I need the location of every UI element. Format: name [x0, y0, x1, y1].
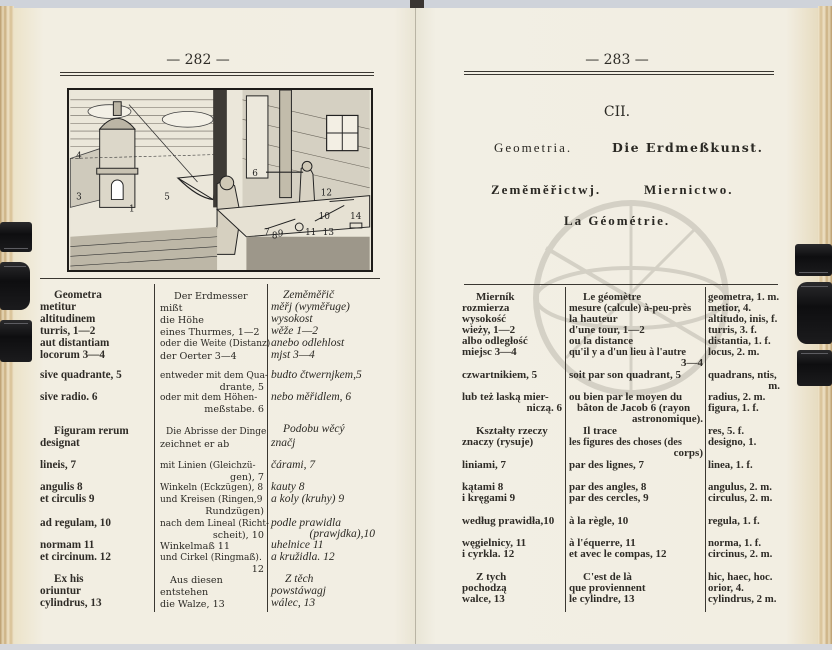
title-latin: Geometria. — [494, 140, 572, 156]
czech-entry: Podobu wěcý — [283, 424, 345, 436]
french-entry: par des lignes, 7 — [569, 460, 644, 472]
binder-clip-right-top — [795, 244, 832, 276]
binder-clip-left-middle — [0, 262, 30, 310]
left-page: — 282 — — [14, 8, 416, 644]
svg-text:11: 11 — [305, 228, 316, 238]
german-entry: zeichnet er ab — [160, 439, 229, 451]
french-entry: Le géomètre — [583, 292, 641, 304]
latin-entry: ad regulam, 10 — [40, 518, 111, 530]
column-divider — [154, 284, 155, 612]
scan-background-top — [0, 0, 832, 8]
german-entry: mit Linien (Gleichzü- — [160, 461, 256, 473]
latin-entry: et circinum. 12 — [40, 552, 111, 564]
french-entry: ou la distance — [569, 336, 633, 348]
latin-entry: sive radio. 6 — [40, 392, 98, 404]
german-entry: mißt — [160, 303, 182, 315]
french-entry: 3—4 — [681, 358, 703, 370]
latin-entry: et circulis 9 — [40, 494, 94, 506]
header-rule-right — [464, 71, 774, 75]
polish-entry: i kręgami 9 — [462, 493, 515, 505]
grammar-entry: linea, 1. f. — [708, 460, 753, 472]
french-entry: qu'il y a d'un lieu à l'autre — [569, 347, 686, 359]
column-divider — [267, 284, 268, 612]
german-entry: meßstabe. 6 — [204, 404, 264, 416]
french-entry: à la règle, 10 — [569, 516, 628, 528]
german-entry: und Kreisen (Ringen,9 — [160, 495, 262, 507]
latin-entry: Figuram rerum — [54, 426, 129, 438]
page-number-right: — 283 — — [416, 52, 818, 68]
polish-entry: walce, 13 — [462, 594, 505, 606]
table-top-rule-right — [464, 284, 778, 285]
latin-entry: lineis, 7 — [40, 460, 76, 472]
czech-entry: značj — [271, 438, 295, 450]
svg-text:14: 14 — [350, 212, 362, 222]
title-french: La Géométrie. — [564, 213, 670, 229]
czech-entry: wysokost — [271, 314, 313, 326]
german-entry: und Cirkel (Ringmaß). — [160, 553, 262, 565]
polish-entry: niczą. 6 — [527, 403, 562, 415]
binder-clip-left-top — [0, 222, 32, 252]
french-entry: le cylindre, 13 — [569, 594, 634, 606]
latin-entry: locorum 3—4 — [40, 350, 105, 362]
grammar-entry: designo, 1. — [708, 437, 756, 449]
latin-entry: turris, 1—2 — [40, 326, 95, 338]
column-divider — [565, 287, 566, 612]
grammar-entry: regula, 1. f. — [708, 516, 760, 528]
svg-text:8: 8 — [272, 232, 278, 242]
latin-entry: designat — [40, 438, 80, 450]
binder-clip-left-bottom — [0, 320, 32, 362]
chapter-number: CII. — [416, 104, 818, 120]
latin-entry: sive quadrante, 5 — [40, 370, 122, 382]
german-entry: eines Thurmes, 1—2 — [160, 327, 260, 339]
svg-text:10: 10 — [319, 212, 331, 222]
german-entry: Die Abrisse der Dinge — [166, 427, 266, 439]
header-rule-left — [60, 72, 374, 76]
page-number-left: — 282 — — [0, 52, 399, 68]
svg-text:6: 6 — [252, 169, 258, 179]
german-entry: entstehen — [160, 587, 208, 599]
scan-background-bottom — [0, 644, 832, 650]
french-entry: soit par son quadrant, 5 — [569, 370, 681, 382]
grammar-entry: circulus, 2. m. — [708, 493, 772, 505]
grammar-entry: locus, 2. m. — [708, 347, 759, 359]
polish-entry: liniami, 7 — [462, 460, 506, 472]
czech-entry: Zeměměřič — [283, 290, 334, 302]
czech-entry: a koly (kruhy) 9 — [271, 494, 344, 506]
table-top-rule-left — [40, 278, 380, 279]
polish-entry: według prawidła,10 — [462, 516, 554, 528]
title-czech: Zeměměřictwj. — [491, 182, 601, 198]
latin-entry: cylindrus, 13 — [40, 598, 102, 610]
german-entry: 12 — [252, 564, 264, 576]
title-german: Die Erdmeßkunst. — [612, 140, 763, 155]
binder-clip-right-bottom — [797, 350, 832, 386]
title-polish: Miernictwo. — [644, 182, 734, 198]
german-entry: drante, 5 — [220, 382, 264, 394]
czech-entry: wěže 1—2 — [271, 326, 318, 338]
open-book: — 282 — — [0, 0, 832, 650]
grammar-entry: figura, 1. f. — [708, 403, 759, 415]
german-entry: oder die Weite (Distanz) — [160, 339, 270, 351]
german-entry: die Höhe — [160, 315, 204, 327]
svg-text:13: 13 — [323, 228, 334, 238]
svg-text:5: 5 — [164, 193, 170, 203]
german-entry: scheit), 10 — [213, 530, 264, 542]
svg-text:1: 1 — [129, 204, 135, 214]
czech-entry: Z těch — [285, 574, 313, 586]
czech-entry: budto čtwernjkem,5 — [271, 370, 362, 382]
french-entry: les figures des choses (des — [569, 437, 682, 449]
right-page: — 283 — CII. Geometria. Die Erdmeßkunst.… — [416, 8, 818, 644]
german-entry: entweder mit dem Qua- — [160, 371, 268, 383]
latin-entry: metitur — [40, 302, 76, 314]
armillary-sphere-showthrough-icon — [506, 168, 756, 398]
german-entry: gen), 7 — [230, 472, 264, 484]
czech-entry: čárami, 7 — [271, 460, 315, 472]
grammar-entry: quadrans, ntis, — [708, 370, 777, 382]
polish-entry: znaczy (rysuje) — [462, 437, 533, 449]
latin-entry: aut distantiam — [40, 338, 109, 350]
latin-entry: Geometra — [54, 290, 102, 302]
binder-clip-right-middle — [797, 282, 832, 344]
french-entry: corps) — [674, 448, 703, 460]
latin-entry: normam 11 — [40, 540, 94, 552]
grammar-entry: m. — [768, 381, 780, 393]
svg-text:4: 4 — [76, 151, 82, 161]
german-entry: oder mit dem Höhen- — [160, 393, 257, 405]
german-entry: Winkeln (Eckzügen), 8 — [160, 483, 263, 495]
latin-entry: Ex his — [54, 574, 84, 586]
french-entry: Il trace — [583, 426, 617, 438]
grammar-entry: circinus, 2. m. — [708, 549, 772, 561]
column-divider — [705, 287, 706, 612]
german-entry: Der Erdmesser — [174, 291, 248, 303]
german-entry: Rundzügen) — [205, 506, 264, 518]
czech-entry: mjst 3—4 — [271, 350, 315, 362]
french-entry: astronomique). — [632, 414, 703, 426]
czech-entry: uhelnice 11 — [271, 540, 323, 552]
latin-entry: altitudinem — [40, 314, 95, 326]
german-entry: Aus diesen — [170, 575, 223, 587]
czech-entry: kauty 8 — [271, 482, 305, 494]
polish-entry: czwartnikiem, 5 — [462, 370, 537, 382]
czech-entry: nebo měřidlem, 6 — [271, 392, 351, 404]
german-entry: der Oerter 3—4 — [160, 351, 237, 363]
woodcut-illustration: 431 56 789 111012 1314 — [67, 88, 373, 272]
surveyor-engraving-icon: 431 56 789 111012 1314 — [69, 90, 371, 270]
svg-text:9: 9 — [278, 230, 284, 240]
svg-text:3: 3 — [76, 193, 82, 203]
czech-entry: a kružidla. 12 — [271, 552, 335, 564]
german-entry: Winkelmaß 11 — [160, 541, 230, 553]
latin-entry: angulis 8 — [40, 482, 83, 494]
french-entry: par des cercles, 9 — [569, 493, 649, 505]
grammar-entry: cylindrus, 2 m. — [708, 594, 776, 606]
svg-text:12: 12 — [321, 189, 332, 199]
czech-entry: powstáwagj — [271, 586, 326, 598]
polish-entry: i cyrkla. 12 — [462, 549, 514, 561]
french-entry: et avec le compas, 12 — [569, 549, 666, 561]
german-entry: die Walze, 13 — [160, 599, 225, 611]
latin-entry: oriuntur — [40, 586, 81, 598]
german-entry: nach dem Lineal (Richt- — [160, 519, 269, 531]
czech-entry: měřj (wyměřuge) — [271, 302, 350, 314]
polish-entry: miejsc 3—4 — [462, 347, 517, 359]
czech-entry: anebo odlehlost — [271, 338, 344, 350]
czech-entry: wálec, 13 — [271, 598, 315, 610]
svg-text:7: 7 — [264, 228, 270, 238]
